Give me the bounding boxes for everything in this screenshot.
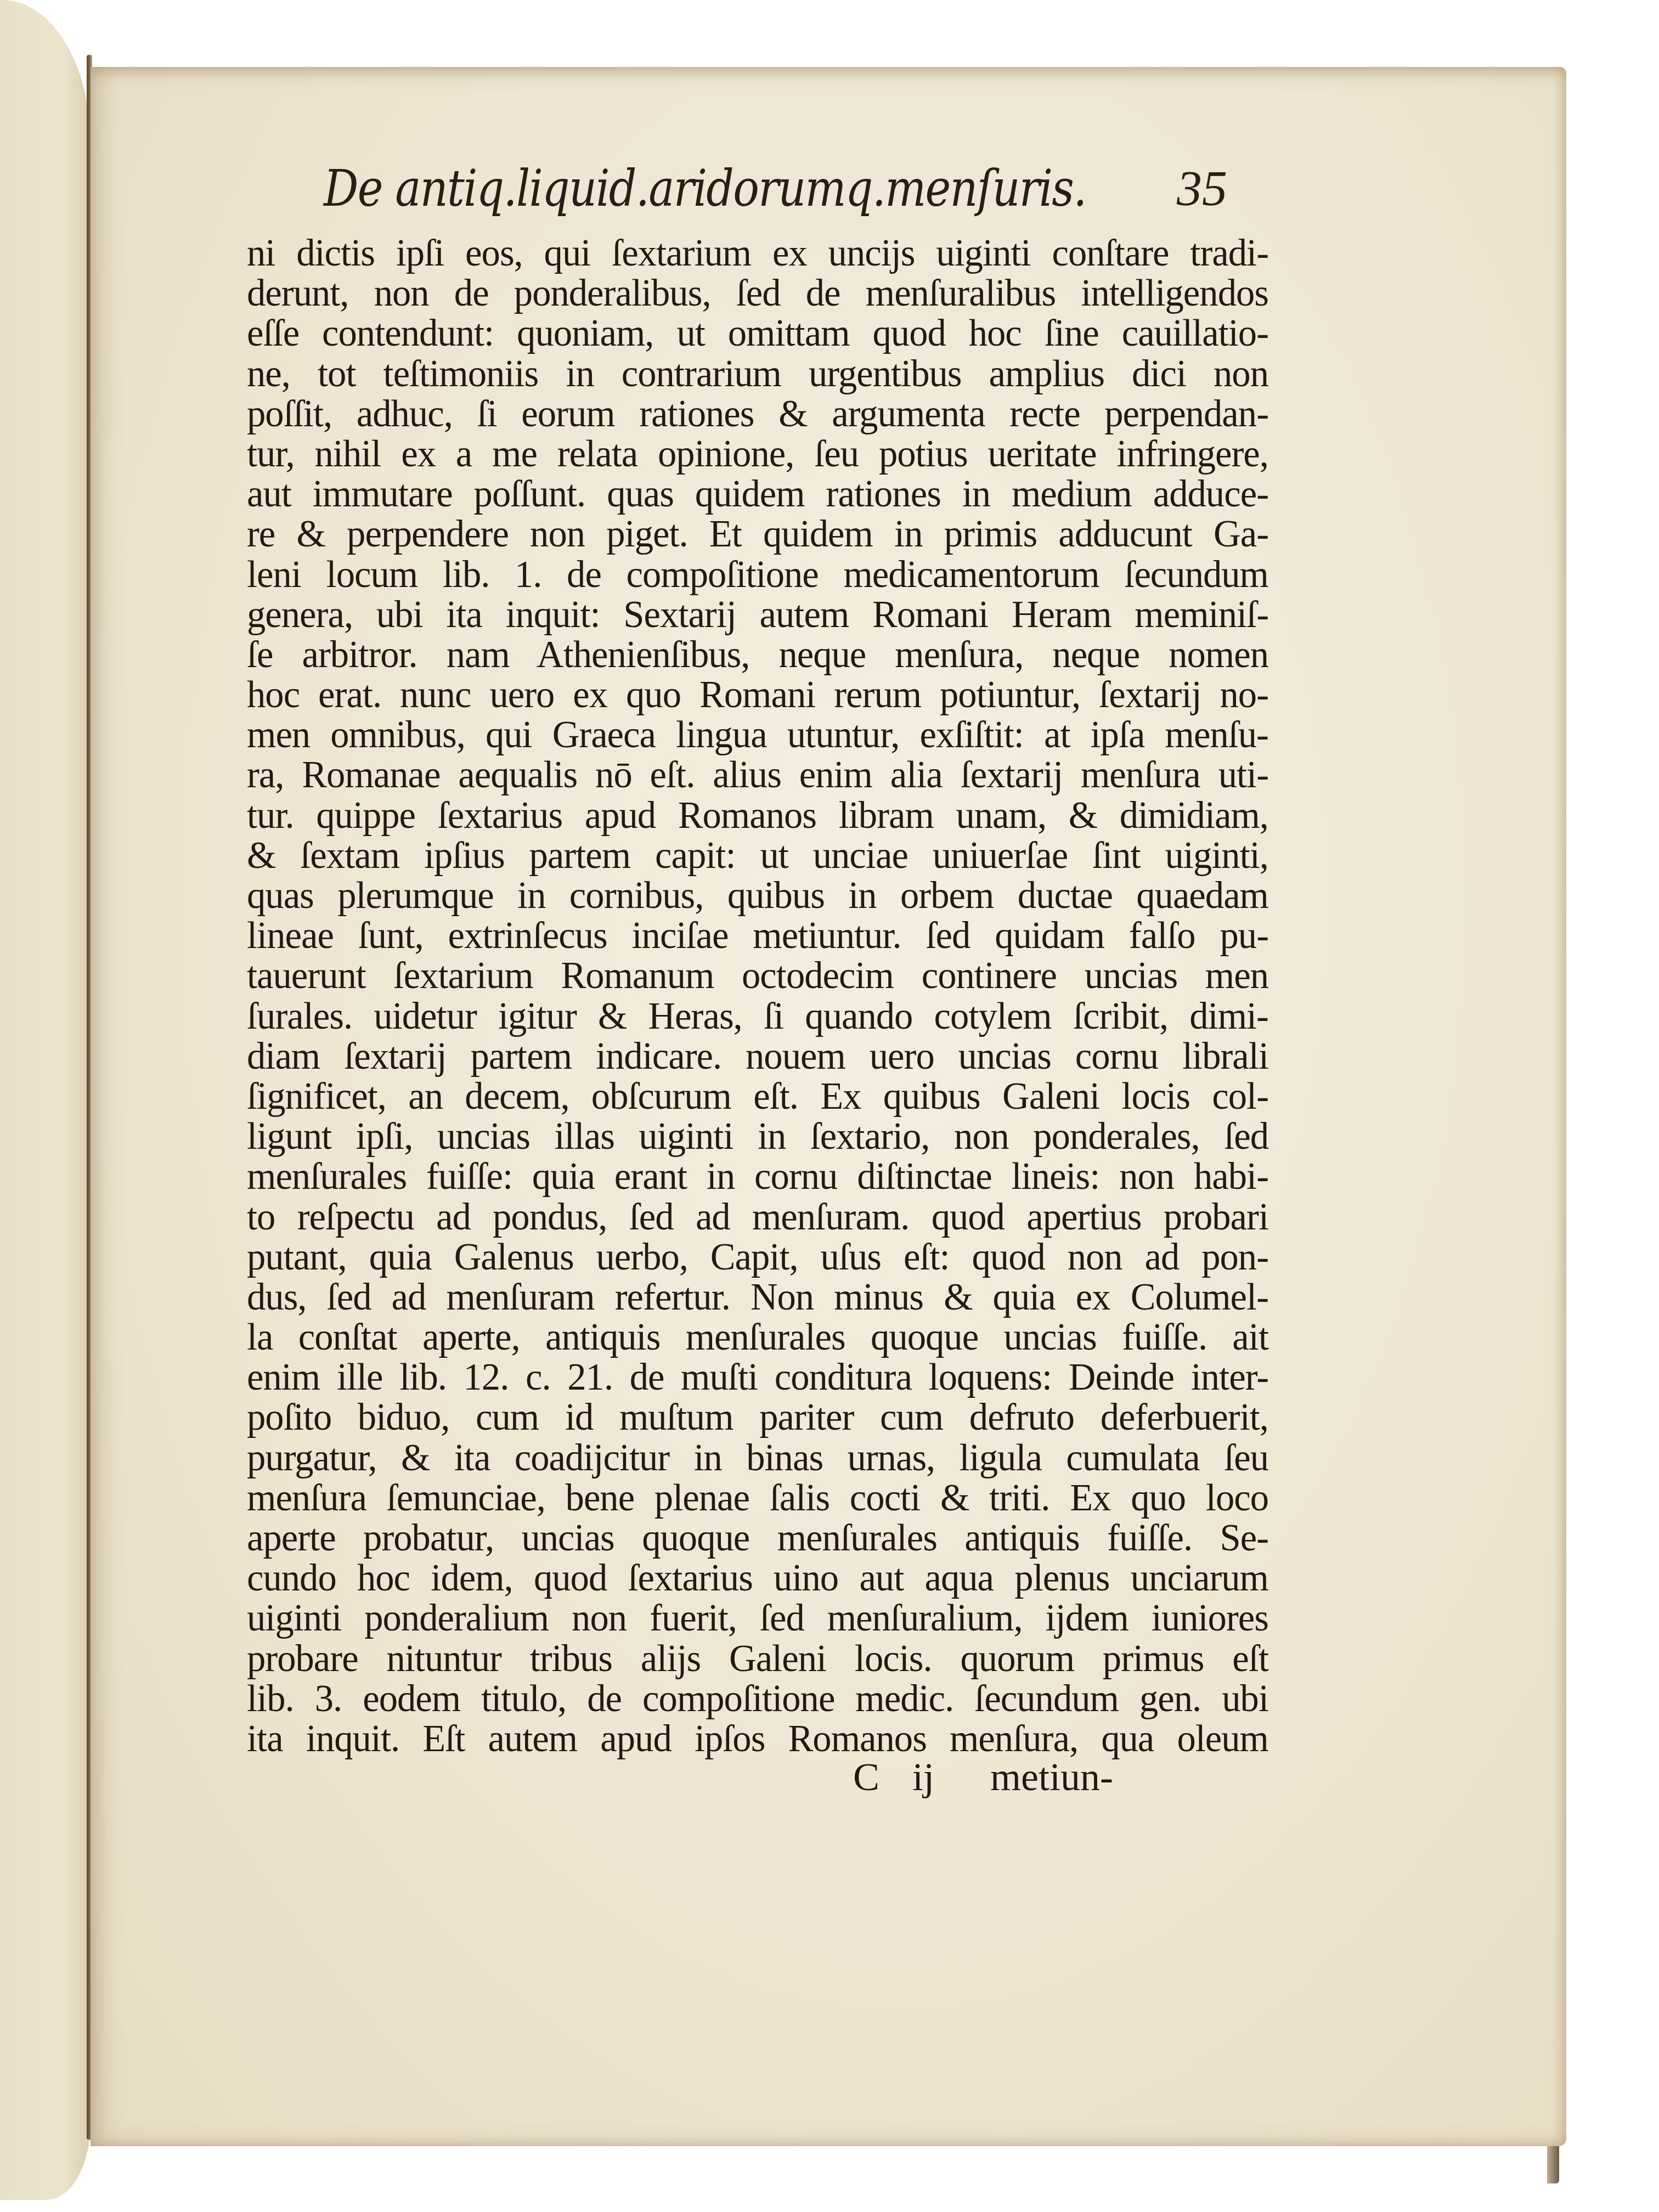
signature-letter: C: [853, 1755, 879, 1799]
text-line: poſito biduo, cum id muſtum pariter cum …: [247, 1397, 1268, 1437]
text-line: lib. 3. eodem titulo, de compoſitione me…: [247, 1679, 1268, 1719]
text-line: ni dictis ipſi eos, qui ſextarium ex unc…: [247, 233, 1268, 273]
text-line: ligunt ipſi, uncias illas uiginti in ſex…: [247, 1116, 1268, 1156]
text-line: ne, tot teſtimoniis in contrarium urgent…: [247, 354, 1268, 394]
text-line: lineae ſunt, extrinſecus inciſae metiunt…: [247, 916, 1268, 956]
text-line: ſe arbitror. nam Athenienſibus, neque me…: [247, 635, 1268, 675]
text-line: leni locum lib. 1. de compoſitione medic…: [247, 555, 1268, 595]
text-line: tur, nihil ex a me relata opinione, ſeu …: [247, 434, 1268, 474]
text-line: aperte probatur, uncias quoque menſurale…: [247, 1518, 1268, 1558]
text-line: derunt, non de ponderalibus, ſed de menſ…: [247, 273, 1268, 313]
running-head: De antiq.liquid.aridorumq.menſuris. 35: [324, 159, 1256, 236]
signature-mark: Cij: [853, 1754, 967, 1800]
text-line: men omnibus, qui Graeca lingua utuntur, …: [247, 715, 1268, 755]
running-title: De antiq.liquid.aridorumq.menſuris.: [324, 159, 1086, 218]
catchword: metiun-: [990, 1754, 1113, 1800]
text-line: eſſe contendunt: quoniam, ut omittam quo…: [247, 313, 1268, 353]
text-line: menſura ſemunciae, bene plenae ſalis coc…: [247, 1478, 1268, 1518]
text-line: re & perpendere non piget. Et quidem in …: [247, 514, 1268, 554]
text-line: enim ille lib. 12. c. 21. de muſti condi…: [247, 1357, 1268, 1397]
text-line: diam ſextarij partem indicare. nouem uer…: [247, 1036, 1268, 1076]
text-line: menſurales fuiſſe: quia erant in cornu d…: [247, 1156, 1268, 1197]
signature-numeral: ij: [912, 1755, 934, 1799]
text-line: purgatur, & ita coadijcitur in binas urn…: [247, 1438, 1268, 1478]
text-line: dus, ſed ad menſuram refertur. Non minus…: [247, 1277, 1268, 1317]
text-line: tur. quippe ſextarius apud Romanos libra…: [247, 795, 1268, 836]
text-line: ſurales. uidetur igitur & Heras, ſi quan…: [247, 996, 1268, 1036]
text-line: quas plerumque in cornibus, quibus in or…: [247, 876, 1268, 916]
text-line: poſſit, adhuc, ſi eorum rationes & argum…: [247, 394, 1268, 434]
page-number: 35: [1177, 159, 1227, 217]
text-line: la conſtat aperte, antiquis menſurales q…: [247, 1317, 1268, 1357]
text-line: uiginti ponderalium non fuerit, ſed menſ…: [247, 1598, 1268, 1638]
text-line: hoc erat. nunc uero ex quo Romani rerum …: [247, 675, 1268, 715]
body-text: ni dictis ipſi eos, qui ſextarium ex unc…: [247, 233, 1289, 1759]
text-line: to reſpectu ad pondus, ſed ad menſuram. …: [247, 1197, 1268, 1237]
text-line: ſignificet, an decem, obſcurum eſt. Ex q…: [247, 1076, 1268, 1116]
text-line: ra, Romanae aequalis nō eſt. alius enim …: [247, 755, 1268, 795]
text-line: genera, ubi ita inquit: Sextarij autem R…: [247, 595, 1268, 635]
text-line: probare nituntur tribus alijs Galeni loc…: [247, 1639, 1268, 1679]
text-line: cundo hoc idem, quod ſextarius uino aut …: [247, 1558, 1268, 1598]
previous-leaf-edge: [0, 0, 91, 2200]
page-footer: Cij metiun-: [853, 1754, 1270, 1798]
text-line: tauerunt ſextarium Romanum octodecim con…: [247, 956, 1268, 996]
text-line: putant, quia Galenus uerbo, Capit, uſus …: [247, 1237, 1268, 1277]
text-line: aut immutare poſſunt. quas quidem ration…: [247, 474, 1268, 514]
text-line: & ſextam ipſius partem capit: ut unciae …: [247, 836, 1268, 876]
text-line: ita inquit. Eſt autem apud ipſos Romanos…: [247, 1719, 1268, 1759]
